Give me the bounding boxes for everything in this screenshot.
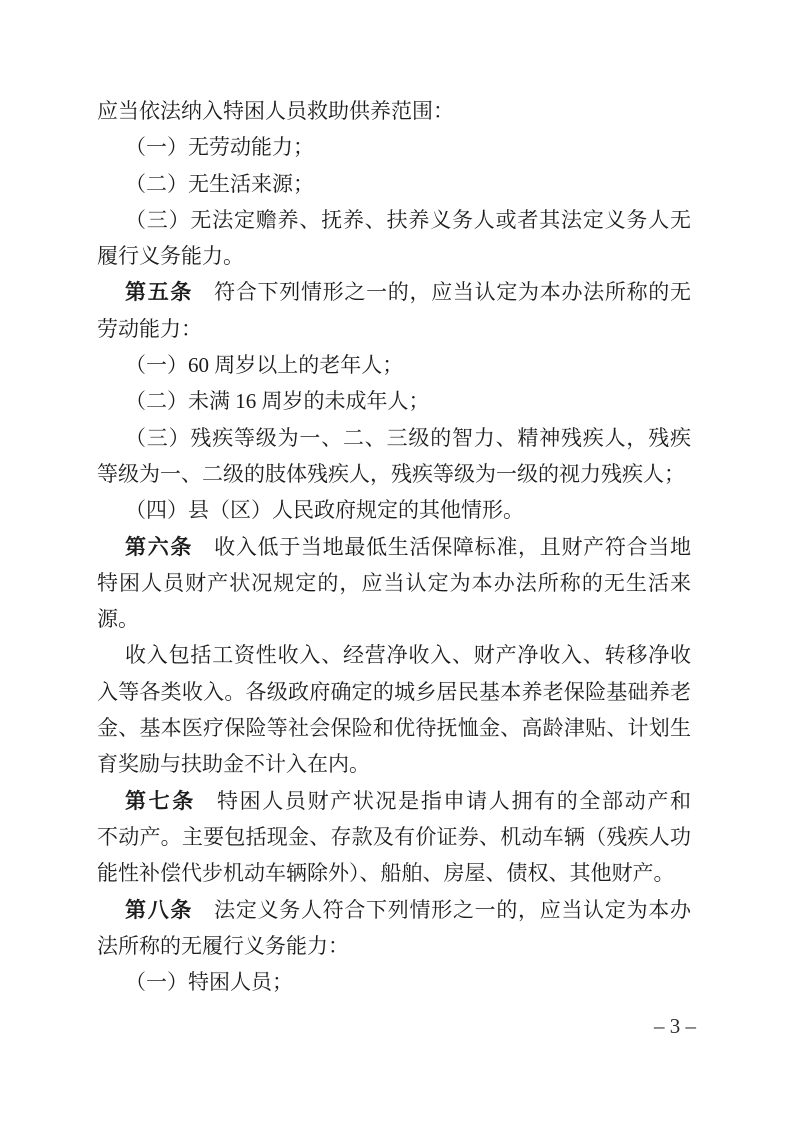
text-line: （二）未满 16 周岁的未成年人； xyxy=(97,383,691,419)
text-line: 源。 xyxy=(97,601,691,637)
text-line: 第五条符合下列情形之一的，应当认定为本办法所称的无 xyxy=(97,274,691,310)
text-line: 特困人员财产状况规定的，应当认定为本办法所称的无生活来 xyxy=(97,565,691,601)
text-line: 入等各类收入。各级政府确定的城乡居民基本养老保险基础养老 xyxy=(97,674,691,710)
article-number: 第八条 xyxy=(125,898,193,922)
text-line: （二）无生活来源； xyxy=(97,166,691,202)
text-line: （四）县（区）人民政府规定的其他情形。 xyxy=(97,492,691,528)
text-line: （一）特困人员； xyxy=(97,964,691,1000)
text-line: 不动产。主要包括现金、存款及有价证券、机动车辆（残疾人功 xyxy=(97,819,691,855)
document-body: 应当依法纳入特困人员救助供养范围：（一）无劳动能力；（二）无生活来源；（三）无法… xyxy=(97,93,691,1000)
text-line: 应当依法纳入特困人员救助供养范围： xyxy=(97,93,691,129)
article-number: 第七条 xyxy=(125,789,196,813)
text-line: 履行义务能力。 xyxy=(97,238,691,274)
text-line: 法所称的无履行义务能力： xyxy=(97,928,691,964)
article-number: 第五条 xyxy=(125,280,193,304)
text-line: 金、基本医疗保险等社会保险和优待抚恤金、高龄津贴、计划生 xyxy=(97,710,691,746)
text-line: 劳动能力： xyxy=(97,311,691,347)
document-page: 应当依法纳入特困人员救助供养范围：（一）无劳动能力；（二）无生活来源；（三）无法… xyxy=(0,0,794,1123)
article-number: 第六条 xyxy=(125,535,193,559)
text-line: （三）残疾等级为一、二、三级的智力、精神残疾人，残疾 xyxy=(97,420,691,456)
text-line: （一）60 周岁以上的老年人； xyxy=(97,347,691,383)
text-line: 收入包括工资性收入、经营净收入、财产净收入、转移净收 xyxy=(97,637,691,673)
text-line: 等级为一、二级的肢体残疾人，残疾等级为一级的视力残疾人； xyxy=(97,456,691,492)
text-line: 育奖励与扶助金不计入在内。 xyxy=(97,746,691,782)
page-number: – 3 – xyxy=(654,1014,696,1038)
text-line: （三）无法定赡养、抚养、扶养义务人或者其法定义务人无 xyxy=(97,202,691,238)
text-line: 第七条特困人员财产状况是指申请人拥有的全部动产和 xyxy=(97,783,691,819)
text-line: 第六条收入低于当地最低生活保障标准，且财产符合当地 xyxy=(97,529,691,565)
text-line: 能性补偿代步机动车辆除外）、船舶、房屋、债权、其他财产。 xyxy=(97,855,691,891)
text-line: （一）无劳动能力； xyxy=(97,129,691,165)
text-line: 第八条法定义务人符合下列情形之一的，应当认定为本办 xyxy=(97,892,691,928)
